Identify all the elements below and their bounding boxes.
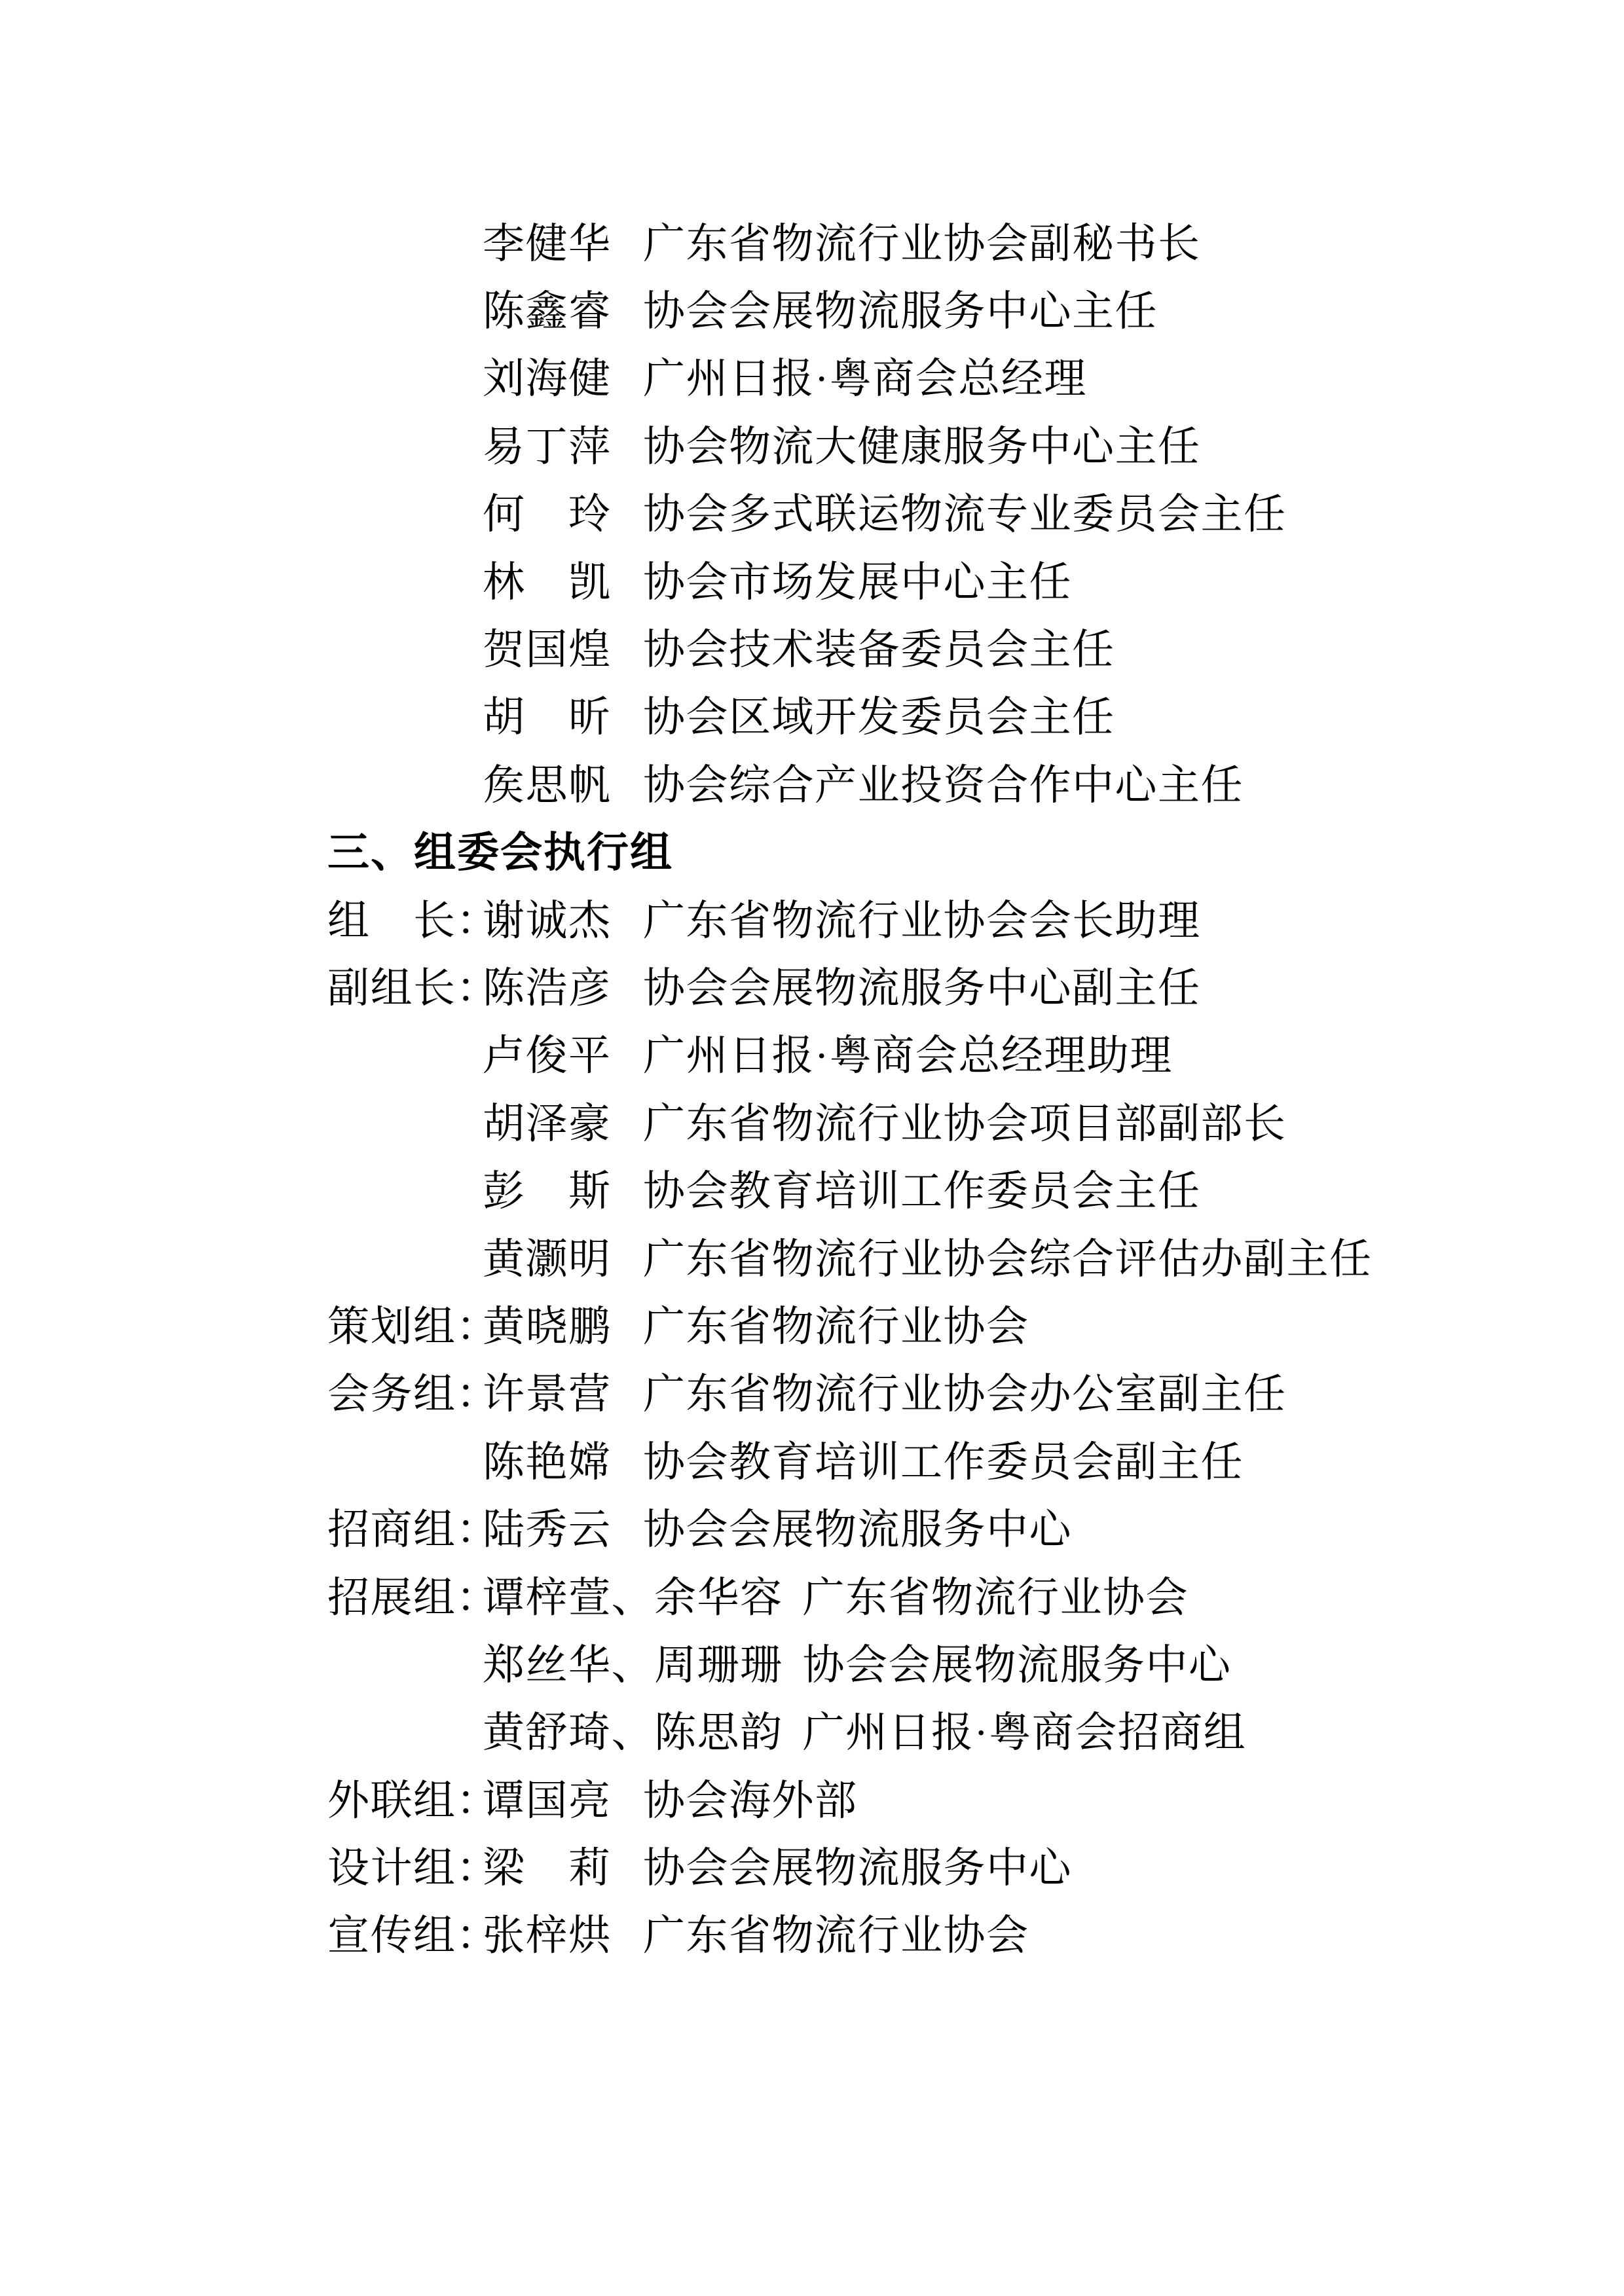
- person-title: 广州日报·粤商会招商组: [803, 1699, 1247, 1759]
- person-title: 广东省物流行业协会会长助理: [643, 887, 1201, 947]
- document-body: 李健华广东省物流行业协会副秘书长陈鑫睿协会会展物流服务中心主任刘海健广州日报·粤…: [0, 206, 1624, 1966]
- person-row: 黄灏明广东省物流行业协会综合评估办副主任: [0, 1222, 1624, 1289]
- person-name: 陆秀云: [483, 1496, 643, 1556]
- section-heading: 三、组委会执行组: [327, 819, 673, 879]
- person-name: 张梓烘: [483, 1902, 643, 1962]
- person-title: 协会海外部: [643, 1767, 858, 1827]
- person-name: 胡泽豪: [483, 1090, 643, 1150]
- person-name: 许景营: [483, 1360, 643, 1421]
- person-row: 策划组：黄晓鹏广东省物流行业协会: [0, 1289, 1624, 1357]
- person-title: 广东省物流行业协会副秘书长: [643, 210, 1201, 270]
- person-title: 协会多式联运物流专业委员会主任: [643, 481, 1287, 541]
- role-label: 设计组：: [327, 1834, 483, 1895]
- role-label: 副组长：: [327, 955, 483, 1015]
- person-name: 矦思帆: [483, 752, 643, 812]
- person-name: 郑丝华、周珊珊: [483, 1631, 783, 1692]
- person-row: 刘海健广州日报·粤商会总经理: [0, 342, 1624, 409]
- person-name: 李健华: [483, 210, 643, 270]
- person-title: 协会物流大健康服务中心主任: [643, 413, 1201, 473]
- person-row: 设计组：梁 莉协会会展物流服务中心: [0, 1831, 1624, 1898]
- person-row: 胡 昕协会区域开发委员会主任: [0, 680, 1624, 748]
- role-label: 招展组：: [327, 1564, 483, 1624]
- person-name: 卢俊平: [483, 1022, 643, 1082]
- role-label: 会务组：: [327, 1360, 483, 1421]
- person-title: 协会会展物流服务中心: [643, 1496, 1072, 1556]
- person-name: 陈艳嫦: [483, 1429, 643, 1489]
- person-row: 郑丝华、周珊珊协会会展物流服务中心: [0, 1628, 1624, 1695]
- person-row: 宣传组：张梓烘广东省物流行业协会: [0, 1899, 1624, 1966]
- person-row: 组 长：谢诚杰广东省物流行业协会会长助理: [0, 883, 1624, 951]
- person-name: 彭 斯: [483, 1157, 643, 1218]
- person-title: 协会会展物流服务中心副主任: [643, 955, 1201, 1015]
- person-title: 广州日报·粤商会总经理助理: [643, 1022, 1173, 1082]
- person-title: 广东省物流行业协会: [643, 1293, 1029, 1353]
- person-title: 协会区域开发委员会主任: [643, 683, 1115, 744]
- person-name: 胡 昕: [483, 683, 643, 744]
- person-title: 协会教育培训工作委员会副主任: [643, 1429, 1244, 1489]
- section-heading-row: 三、组委会执行组: [0, 816, 1624, 883]
- person-title: 协会会展物流服务中心: [803, 1631, 1232, 1692]
- person-title: 广州日报·粤商会总经理: [643, 345, 1087, 405]
- role-label: 组 长：: [327, 887, 483, 947]
- person-row: 贺国煌协会技术装备委员会主任: [0, 612, 1624, 680]
- person-title: 广东省物流行业协会: [803, 1564, 1189, 1624]
- person-row: 黄舒琦、陈思韵广州日报·粤商会招商组: [0, 1696, 1624, 1763]
- person-name: 梁 莉: [483, 1834, 643, 1895]
- role-label: 宣传组：: [327, 1902, 483, 1962]
- person-name: 黄晓鹏: [483, 1293, 643, 1353]
- person-title: 协会会展物流服务中心主任: [643, 278, 1158, 338]
- person-row: 会务组：许景营广东省物流行业协会办公室副主任: [0, 1357, 1624, 1425]
- person-row: 外联组：谭国亮协会海外部: [0, 1763, 1624, 1831]
- role-label: 招商组：: [327, 1496, 483, 1556]
- person-name: 陈浩彦: [483, 955, 643, 1015]
- role-label: 外联组：: [327, 1767, 483, 1827]
- person-row: 彭 斯协会教育培训工作委员会主任: [0, 1154, 1624, 1221]
- person-row: 林 凯协会市场发展中心主任: [0, 545, 1624, 612]
- person-title: 协会技术装备委员会主任: [643, 616, 1115, 676]
- person-title: 协会综合产业投资合作中心主任: [643, 752, 1244, 812]
- person-name: 谭国亮: [483, 1767, 643, 1827]
- person-row: 招展组：谭梓萱、余华容广东省物流行业协会: [0, 1560, 1624, 1628]
- role-label: 策划组：: [327, 1293, 483, 1353]
- person-row: 陈艳嫦协会教育培训工作委员会副主任: [0, 1425, 1624, 1492]
- person-title: 广东省物流行业协会办公室副主任: [643, 1360, 1287, 1421]
- person-title: 广东省物流行业协会项目部副部长: [643, 1090, 1287, 1150]
- person-name: 谭梓萱、余华容: [483, 1564, 783, 1624]
- person-name: 黄灏明: [483, 1226, 643, 1286]
- person-name: 黄舒琦、陈思韵: [483, 1699, 783, 1759]
- person-name: 陈鑫睿: [483, 278, 643, 338]
- person-name: 易丁萍: [483, 413, 643, 473]
- person-row: 陈鑫睿协会会展物流服务中心主任: [0, 274, 1624, 341]
- person-name: 贺国煌: [483, 616, 643, 676]
- document-page: 李健华广东省物流行业协会副秘书长陈鑫睿协会会展物流服务中心主任刘海健广州日报·粤…: [0, 0, 1624, 2296]
- person-title: 广东省物流行业协会: [643, 1902, 1029, 1962]
- person-title: 协会教育培训工作委员会主任: [643, 1157, 1201, 1218]
- person-row: 李健华广东省物流行业协会副秘书长: [0, 206, 1624, 274]
- person-title: 协会会展物流服务中心: [643, 1834, 1072, 1895]
- person-row: 卢俊平广州日报·粤商会总经理助理: [0, 1019, 1624, 1086]
- person-row: 易丁萍协会物流大健康服务中心主任: [0, 409, 1624, 477]
- person-row: 招商组：陆秀云协会会展物流服务中心: [0, 1492, 1624, 1559]
- person-row: 胡泽豪广东省物流行业协会项目部副部长: [0, 1086, 1624, 1154]
- person-name: 刘海健: [483, 345, 643, 405]
- person-name: 谢诚杰: [483, 887, 643, 947]
- person-name: 林 凯: [483, 549, 643, 609]
- person-row: 何 玲协会多式联运物流专业委员会主任: [0, 477, 1624, 545]
- person-name: 何 玲: [483, 481, 643, 541]
- person-row: 副组长：陈浩彦协会会展物流服务中心副主任: [0, 951, 1624, 1018]
- person-title: 广东省物流行业协会综合评估办副主任: [643, 1226, 1373, 1286]
- person-title: 协会市场发展中心主任: [643, 549, 1072, 609]
- person-row: 矦思帆协会综合产业投资合作中心主任: [0, 748, 1624, 815]
